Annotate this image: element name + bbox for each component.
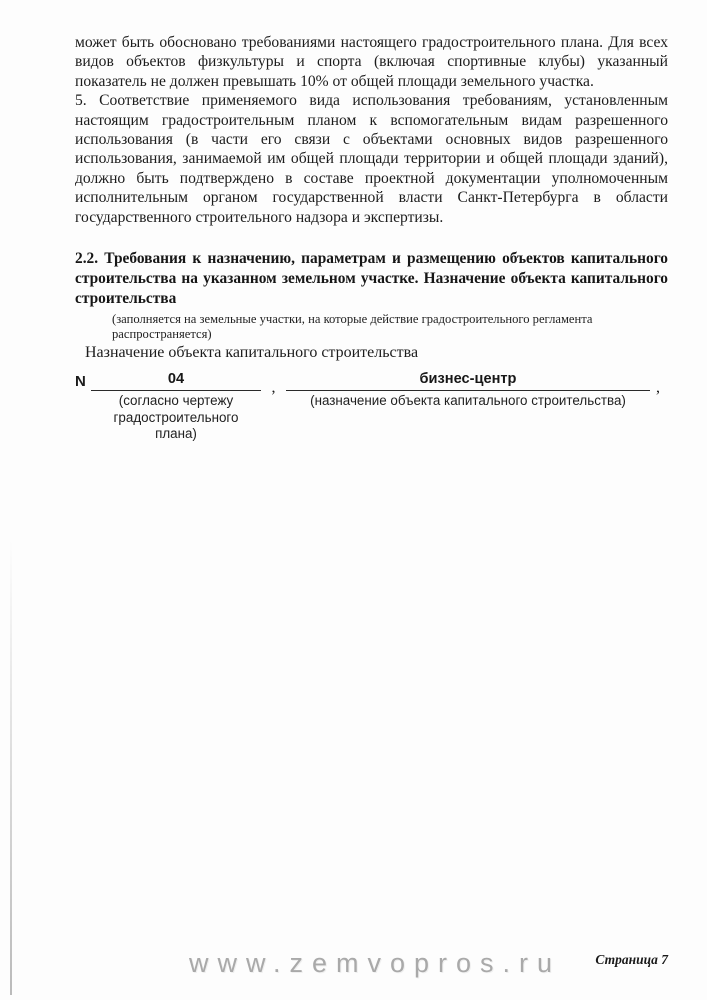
object-purpose-field: бизнес-центр (назначение объекта капитал… [286, 371, 650, 410]
object-number-value: 04 [91, 371, 261, 391]
document-page: может быть обосновано требованиями насто… [0, 0, 707, 1000]
document-content: может быть обосновано требованиями насто… [75, 33, 668, 443]
number-sign-label: N [75, 371, 89, 390]
field-group-title: Назначение объекта капитального строител… [85, 343, 668, 362]
body-paragraph: 5. Соответствие применяемого вида исполь… [75, 91, 668, 227]
section-note: (заполняется на земельные участки, на ко… [112, 312, 668, 342]
object-number-field: 04 (согласно чертежу градостроительного … [91, 371, 261, 443]
separator-comma: , [261, 371, 286, 397]
field-caption: (согласно чертежу градостроительного пла… [91, 391, 261, 443]
scan-artifact-line [10, 540, 12, 995]
trailing-comma: , [656, 371, 660, 397]
watermark: www.zemvopros.ru [189, 948, 561, 979]
object-designation-form-line: N 04 (согласно чертежу градостроительног… [75, 371, 668, 443]
object-purpose-value: бизнес-центр [286, 371, 650, 391]
section-heading: 2.2. Требования к назначению, параметрам… [75, 249, 668, 309]
page-number: Страница 7 [595, 952, 668, 968]
body-paragraph: может быть обосновано требованиями насто… [75, 33, 668, 91]
field-caption: (назначение объекта капитального строите… [286, 391, 650, 410]
